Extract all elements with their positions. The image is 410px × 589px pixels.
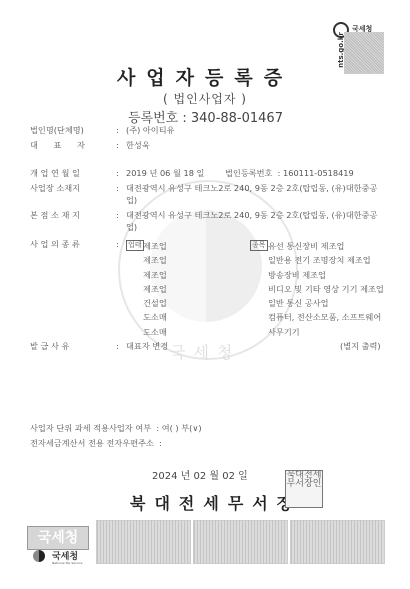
document-title: 사업자등록증 <box>0 63 410 90</box>
issue-reason-row: 발 급 사 유:대표자 변경 <box>30 341 168 352</box>
item-entry: 일반 통신 공사업 <box>268 296 384 310</box>
type-item: 건설업 <box>143 296 167 310</box>
registration-number: 등록번호 : 340-88-01467 <box>128 107 283 126</box>
hq-address-row: 본 점 소 재 지:대전광역시 유성구 테크노2로 240, 9동 2층 2호(… <box>30 210 377 221</box>
business-type-label: 사 업 의 종 류 <box>30 239 116 250</box>
issue-reason-note: (별지 출력) <box>340 341 381 352</box>
unit-tax-label: 사업자 단위 과세 적용사업자 여부 <box>30 423 151 433</box>
business-address-row: 사업장 소재지:대전광역시 유성구 테크노2로 240, 9동 2층 2호(탑립… <box>30 183 377 194</box>
document-subtitle: ( 법인사업자 ) <box>0 90 410 107</box>
hq-address-value: 대전광역시 유성구 테크노2로 240, 9동 2층 2호(탑립동, (유)대한… <box>126 210 377 220</box>
email-row: 전자세금계산서 전용 전자우편주소 : <box>30 438 164 449</box>
item-entry: 비디오 및 기타 영상 기기 제조업 <box>268 282 384 296</box>
corp-name-row: 법인명(단체명):(주) 아이티유 <box>30 125 175 136</box>
corp-name-label: 법인명(단체명) <box>30 125 116 136</box>
type-item: 도소매 <box>143 310 167 324</box>
issue-reason-value: 대표자 변경 <box>126 341 168 351</box>
2d-barcode-3 <box>290 520 385 564</box>
type-item: 제조업 <box>143 268 167 282</box>
type-item: 제조업 <box>143 239 167 253</box>
item-entry: 일반용 전기 조명장치 제조업 <box>268 253 384 267</box>
email-label: 전자세금계산서 전용 전자우편주소 <box>30 438 154 448</box>
taegeuk-watermark-icon <box>150 210 262 322</box>
representative-value: 한성욱 <box>126 140 150 150</box>
corp-name-value: (주) 아이티유 <box>126 125 175 135</box>
nts-logo-box: 국세청 <box>27 526 89 550</box>
nts-logo-subtext: National Tax Service <box>52 561 82 565</box>
representative-row: 대 표 자:한성욱 <box>30 140 150 151</box>
open-date-row: 개 업 연 월 일:2019 년 06 월 18 일 <box>30 168 204 179</box>
business-address-cont: 업) <box>126 195 137 206</box>
business-address-value: 대전광역시 유성구 테크노2로 240, 9동 2층 2호(탑립동, (유)대한… <box>126 183 377 193</box>
corp-reg-number: 법인등록번호 : 160111-0518419 <box>225 168 354 179</box>
item-box-label: 종목 <box>250 240 268 251</box>
open-date-value: 2019 년 06 월 18 일 <box>126 168 204 178</box>
business-type-label-row: 사 업 의 종 류:업태 <box>30 239 147 251</box>
type-item: 제조업 <box>143 282 167 296</box>
issue-reason-label: 발 급 사 유 <box>30 341 116 352</box>
open-date-label: 개 업 연 월 일 <box>30 168 116 179</box>
type-item: 도소매 <box>143 325 167 339</box>
item-entry: 사무기기 <box>268 325 384 339</box>
business-address-label: 사업장 소재지 <box>30 183 116 194</box>
item-entry: 유선 통신장비 제조업 <box>268 239 384 253</box>
item-entry: 방송장비 제조업 <box>268 268 384 282</box>
business-type-list: 제조업 제조업 제조업 제조업 건설업 도소매 도소매 <box>143 239 167 339</box>
tax-office-name: 북대전세무서장 <box>130 491 301 514</box>
hq-address-cont: 업) <box>126 222 137 233</box>
type-item: 제조업 <box>143 253 167 267</box>
hq-address-label: 본 점 소 재 지 <box>30 210 116 221</box>
business-item-list: 유선 통신장비 제조업 일반용 전기 조명장치 제조업 방송장비 제조업 비디오… <box>268 239 384 339</box>
corp-reg-number-value: 160111-0518419 <box>283 168 354 178</box>
watermark-text: 국세청 <box>170 340 240 363</box>
2d-barcode-2 <box>193 520 288 564</box>
corp-reg-number-label: 법인등록번호 <box>225 168 272 178</box>
2d-barcode-1 <box>96 520 191 564</box>
unit-tax-row: 사업자 단위 과세 적용사업자 여부 : 여( ) 부(∨) <box>30 423 202 434</box>
taegeuk-logo-icon <box>33 550 45 562</box>
unit-tax-value: 여( ) 부(∨) <box>162 423 202 433</box>
item-entry: 컴퓨터, 전산소모품, 소프트웨어 <box>268 310 384 324</box>
type-box-label: 업태 <box>126 240 144 251</box>
issue-date: 2024 년 02 월 02 일 <box>152 467 248 482</box>
official-seal: 북대전세무서장인 <box>285 470 323 508</box>
representative-label: 대 표 자 <box>30 140 116 151</box>
